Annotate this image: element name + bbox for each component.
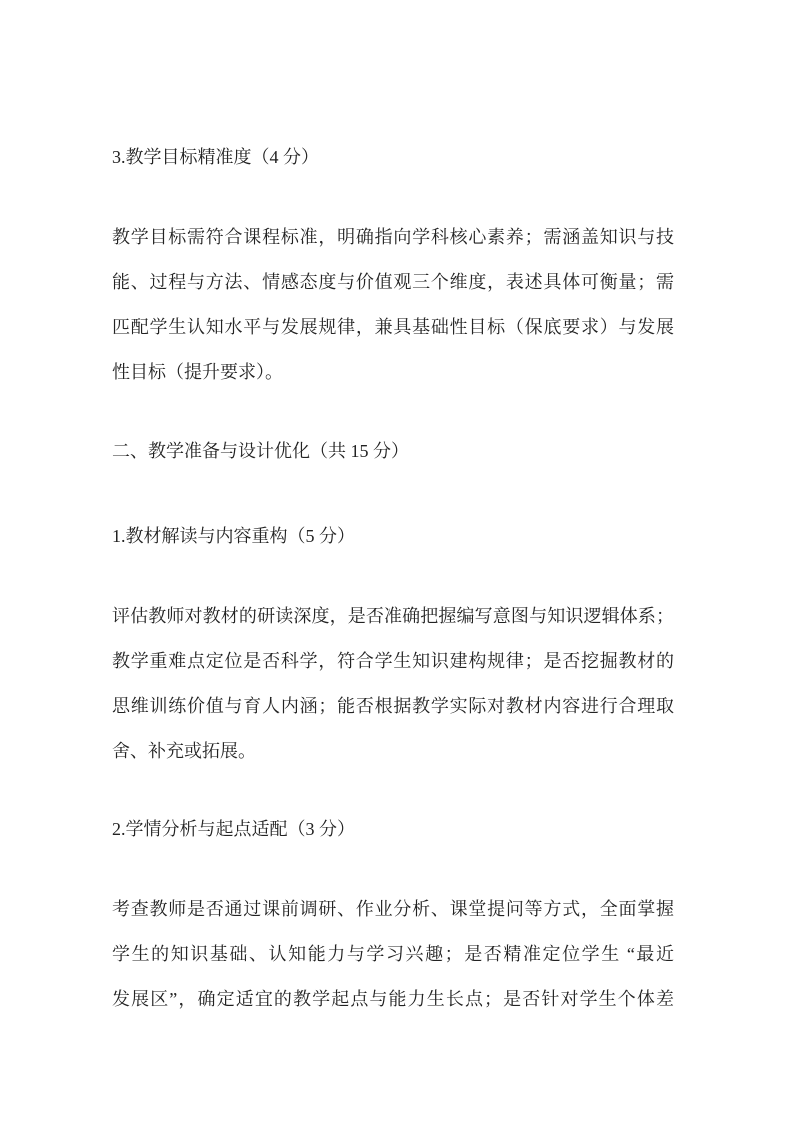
document-page: 3.教学目标精准度（4 分） 教学目标需符合课程标准，明确指向学科核心素养；需涵… [0,0,793,1122]
paragraph-line: 学生的知识基础、认知能力与学习兴趣；是否精准定位学生 “最近 [112,932,674,977]
paragraph-line: 教学目标需符合课程标准，明确指向学科核心素养；需涵盖知识与技 [112,215,674,260]
paragraph-line: 能、过程与方法、情感态度与价值观三个维度，表述具体可衡量；需 [112,260,674,305]
paragraph-line: 思维训练价值与育人内涵；能否根据教学实际对教材内容进行合理取 [112,684,674,729]
paragraph-line: 匹配学生认知水平与发展规律，兼具基础性目标（保底要求）与发展 [112,305,674,350]
heading-criterion-2-2: 2.学情分析与起点适配（3 分） [112,807,674,852]
paragraph-line: 舍、补充或拓展。 [112,729,674,774]
document-content: 3.教学目标精准度（4 分） 教学目标需符合课程标准，明确指向学科核心素养；需涵… [112,135,674,1022]
heading-section-2: 二、教学准备与设计优化（共 15 分） [112,429,674,474]
paragraph-line: 性目标（提升要求）。 [112,350,674,395]
paragraph-line: 评估教师对教材的研读深度，是否准确把握编写意图与知识逻辑体系； [112,594,674,639]
paragraph-line: 发展区”，确定适宜的教学起点与能力生长点；是否针对学生个体差 [112,977,674,1022]
heading-criterion-3: 3.教学目标精准度（4 分） [112,135,674,180]
paragraph-line: 考查教师是否通过课前调研、作业分析、课堂提问等方式，全面掌握 [112,887,674,932]
paragraph-teaching-goals: 教学目标需符合课程标准，明确指向学科核心素养；需涵盖知识与技 能、过程与方法、情… [112,215,674,395]
heading-criterion-2-1: 1.教材解读与内容重构（5 分） [112,514,674,559]
paragraph-line: 教学重难点定位是否科学，符合学生知识建构规律；是否挖掘教材的 [112,639,674,684]
paragraph-textbook-interpretation: 评估教师对教材的研读深度，是否准确把握编写意图与知识逻辑体系； 教学重难点定位是… [112,594,674,774]
paragraph-learner-analysis: 考查教师是否通过课前调研、作业分析、课堂提问等方式，全面掌握 学生的知识基础、认… [112,887,674,1022]
